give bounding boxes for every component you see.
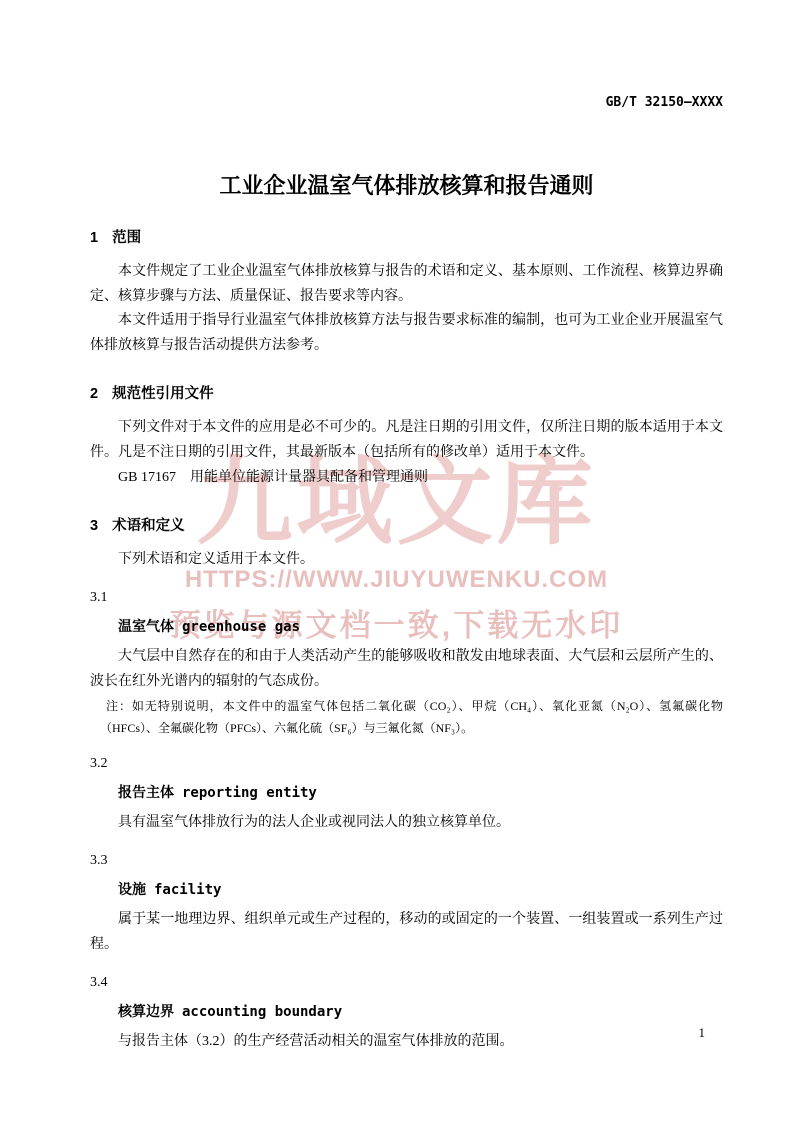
term-3-4-name-zh: 核算边界 bbox=[118, 1003, 174, 1019]
term-3-1-definition: 大气层中自然存在的和由于人类活动产生的能够吸收和散发由地球表面、大气层和云层所产… bbox=[90, 645, 723, 694]
section-2-title: 规范性引用文件 bbox=[112, 386, 214, 402]
section-1-heading: 1范围 bbox=[90, 228, 723, 248]
term-3-2-definition: 具有温室气体排放行为的法人企业或视同法人的独立核算单位。 bbox=[90, 811, 723, 836]
page-number: 1 bbox=[699, 1024, 706, 1042]
term-3-2-name: 报告主体reporting entity bbox=[90, 780, 723, 806]
section-3-heading: 3术语和定义 bbox=[90, 516, 723, 536]
document-content: GB/T 32150—XXXX 工业企业温室气体排放核算和报告通则 1范围 本文… bbox=[90, 94, 723, 1055]
document-title: 工业企业温室气体排放核算和报告通则 bbox=[90, 170, 723, 202]
term-3-1-name: 温室气体greenhouse gas bbox=[90, 614, 723, 640]
term-3-1-name-zh: 温室气体 bbox=[118, 618, 174, 634]
term-3-2-number: 3.2 bbox=[90, 752, 723, 777]
term-3-3-number: 3.3 bbox=[90, 849, 723, 874]
term-3-1: 3.1 温室气体greenhouse gas 大气层中自然存在的和由于人类活动产… bbox=[90, 586, 723, 739]
term-3-2: 3.2 报告主体reporting entity 具有温室气体排放行为的法人企业… bbox=[90, 752, 723, 836]
standard-code: GB/T 32150—XXXX bbox=[90, 94, 723, 112]
section-3-title: 术语和定义 bbox=[112, 518, 185, 534]
term-3-2-name-zh: 报告主体 bbox=[118, 784, 174, 800]
section-3-number: 3 bbox=[90, 518, 98, 534]
section-2-reference: GB 17167 用能单位能源计量器具配备和管理通则 bbox=[90, 466, 723, 491]
term-3-3: 3.3 设施facility 属于某一地理边界、组织单元或生产过程的，移动的或固… bbox=[90, 849, 723, 958]
term-3-1-note: 注：如无特别说明，本文件中的温室气体包括二氧化碳（CO₂）、甲烷（CH₄）、氧化… bbox=[100, 695, 723, 739]
section-1-paragraph-1: 本文件规定了工业企业温室气体排放核算与报告的术语和定义、基本原则、工作流程、核算… bbox=[90, 260, 723, 309]
term-3-4-name: 核算边界accounting boundary bbox=[90, 999, 723, 1025]
section-1-paragraph-2: 本文件适用于指导行业温室气体排放核算方法与报告要求标准的编制，也可为工业企业开展… bbox=[90, 309, 723, 358]
section-1-body: 本文件规定了工业企业温室气体排放核算与报告的术语和定义、基本原则、工作流程、核算… bbox=[90, 260, 723, 358]
document-page: 九域文库 HTTPS://WWW.JIUYUWENKU.COM 预览与源文档一致… bbox=[0, 0, 793, 1122]
term-3-4-definition: 与报告主体（3.2）的生产经营活动相关的温室气体排放的范围。 bbox=[90, 1030, 723, 1055]
term-3-3-name: 设施facility bbox=[90, 877, 723, 903]
section-3-intro: 下列术语和定义适用于本文件。 bbox=[90, 548, 723, 573]
term-3-4-name-en: accounting boundary bbox=[182, 1004, 342, 1020]
section-1-number: 1 bbox=[90, 230, 98, 246]
section-3-body: 下列术语和定义适用于本文件。 3.1 温室气体greenhouse gas 大气… bbox=[90, 548, 723, 1055]
term-3-4-number: 3.4 bbox=[90, 971, 723, 996]
term-3-3-name-en: facility bbox=[154, 882, 221, 898]
term-3-2-name-en: reporting entity bbox=[182, 785, 317, 801]
section-2-heading: 2规范性引用文件 bbox=[90, 384, 723, 404]
section-2-body: 下列文件对于本文件的应用是必不可少的。凡是注日期的引用文件，仅所注日期的版本适用… bbox=[90, 416, 723, 490]
term-3-3-definition: 属于某一地理边界、组织单元或生产过程的，移动的或固定的一个装置、一组装置或一系列… bbox=[90, 908, 723, 957]
term-3-1-name-en: greenhouse gas bbox=[182, 619, 300, 635]
section-2-paragraph-1: 下列文件对于本文件的应用是必不可少的。凡是注日期的引用文件，仅所注日期的版本适用… bbox=[90, 416, 723, 465]
term-3-4: 3.4 核算边界accounting boundary 与报告主体（3.2）的生… bbox=[90, 971, 723, 1055]
section-1-title: 范围 bbox=[112, 230, 141, 246]
term-3-3-name-zh: 设施 bbox=[118, 881, 146, 897]
term-3-1-number: 3.1 bbox=[90, 586, 723, 611]
section-2-number: 2 bbox=[90, 386, 98, 402]
